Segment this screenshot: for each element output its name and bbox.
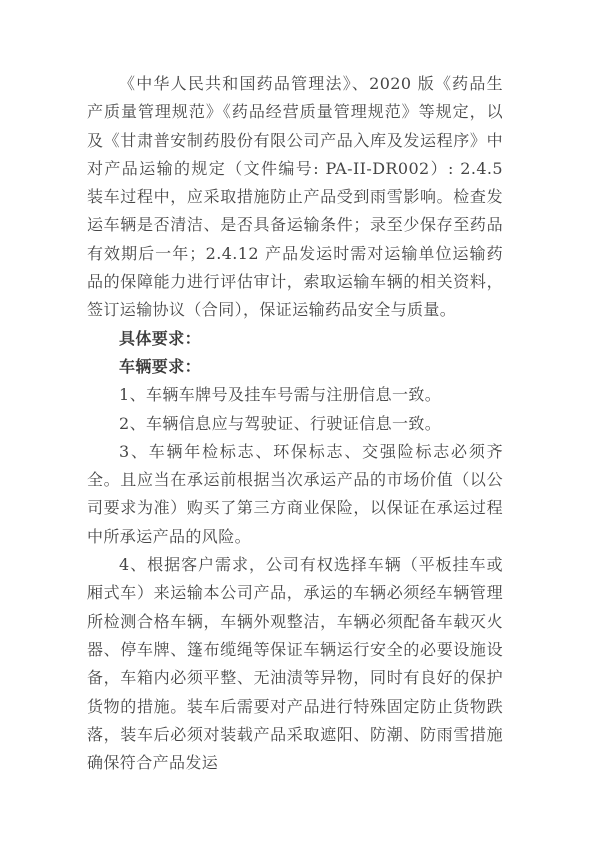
vehicle-requirement-item-4: 4、根据客户需求，公司有权选择车辆（平板挂车或厢式车）来运输本公司产品，承运的车… xyxy=(87,551,503,777)
heading-specific-requirements: 具体要求： xyxy=(87,325,503,353)
document-text-block: 《中华人民共和国药品管理法》、2020 版《药品生产质量管理规范》《药品经营质量… xyxy=(87,70,503,777)
vehicle-requirement-item-3: 3、车辆年检标志、环保标志、交强险标志必须齐全。且应当在承运前根据当次承运产品的… xyxy=(87,438,503,551)
heading-vehicle-requirements: 车辆要求： xyxy=(87,353,503,381)
document-page: 《中华人民共和国药品管理法》、2020 版《药品生产质量管理规范》《药品经营质量… xyxy=(0,0,600,848)
vehicle-requirement-item-1: 1、车辆车牌号及挂车号需与注册信息一致。 xyxy=(87,381,503,409)
vehicle-requirement-item-2: 2、车辆信息应与驾驶证、行驶证信息一致。 xyxy=(87,410,503,438)
paragraph-regulation-intro: 《中华人民共和国药品管理法》、2020 版《药品生产质量管理规范》《药品经营质量… xyxy=(87,70,503,325)
